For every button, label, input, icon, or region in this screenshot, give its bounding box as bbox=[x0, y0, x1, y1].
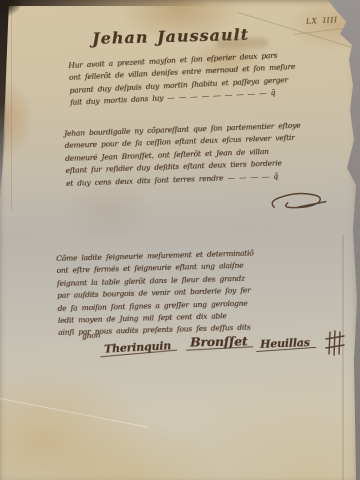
signature-bronsset: Bronſſet bbox=[190, 333, 248, 349]
paragraph-3: Cõme ladite ſeigneurie meſurement et det… bbox=[56, 246, 322, 340]
paragraph-2: Jehan bourdigalle ny cõpareſſant que ſon… bbox=[64, 119, 318, 190]
notary-paraph-flourish bbox=[267, 187, 331, 222]
paragraph-1: Hur avoit a prezent mayſon et ſon eſperi… bbox=[68, 48, 318, 110]
photo-dark-corner bbox=[0, 0, 22, 17]
crease-left-vertical bbox=[11, 0, 12, 210]
signature-therinquin: Therinquin bbox=[104, 339, 172, 355]
faded-ink-smudge bbox=[216, 38, 268, 48]
photo-dark-top-edge bbox=[0, 0, 210, 6]
crease-bottom-left bbox=[0, 398, 147, 428]
manuscript-page: LX IIII Jehan Jaussault Hur avoit a prez… bbox=[0, 0, 360, 480]
signature-prefix: ghon bbox=[82, 330, 101, 340]
paraph-crosshatch bbox=[326, 330, 344, 360]
folio-number: LX IIII bbox=[306, 16, 338, 26]
signature-heuillas: Heuillas bbox=[260, 336, 310, 351]
